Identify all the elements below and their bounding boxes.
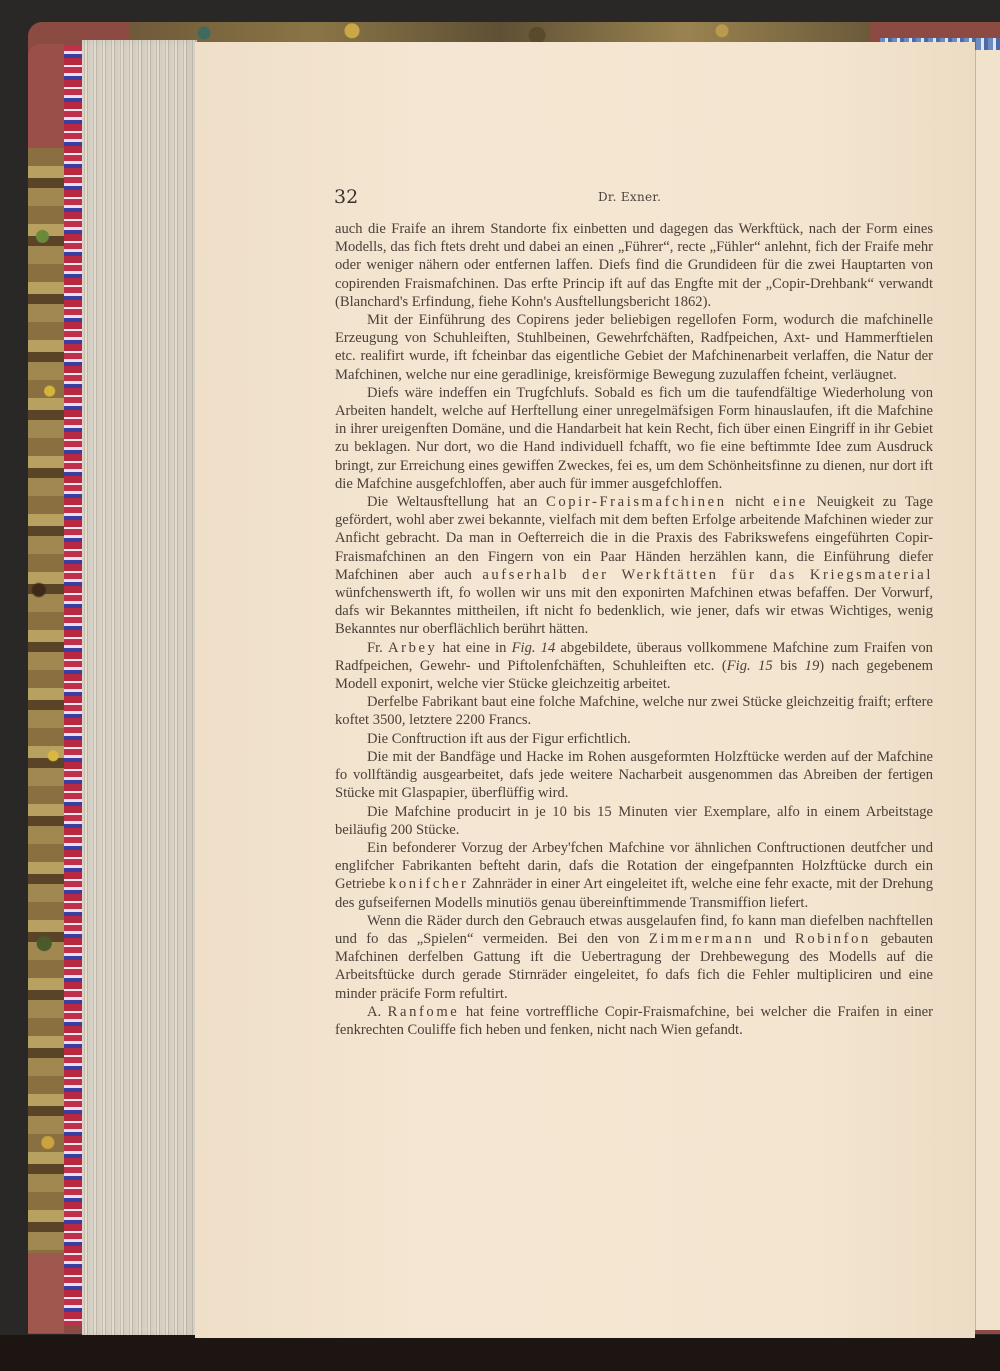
paragraph: Die Weltausftellung hat an Copir-Fraisma… — [335, 493, 933, 639]
text-run: Die Weltausftellung hat an — [367, 494, 546, 510]
marbled-cover-side — [28, 148, 64, 1253]
paragraph: Derfelbe Fabrikant baut eine folche Mafc… — [335, 693, 933, 729]
emphasis-spaced: eine — [773, 494, 808, 510]
background-shadow — [0, 1335, 1000, 1371]
emphasis-spaced: aufserhalb der Werkftätten für das Krieg… — [482, 567, 933, 583]
paragraph: Mit der Einführung des Copirens jeder be… — [335, 311, 933, 384]
paragraph: Diefs wäre indeffen ein Trugfchlufs. Sob… — [335, 384, 933, 493]
facing-page-edge — [975, 50, 1000, 1330]
figure-reference: 19 — [805, 658, 820, 674]
body-text: auch die Fraife an ihrem Standorte fix e… — [335, 220, 933, 1039]
paragraph: Wenn die Räder durch den Gebrauch etwas … — [335, 912, 933, 1003]
text-run: bis — [773, 658, 805, 674]
emphasis-spaced: Copir-Fraismafchinen — [546, 494, 727, 510]
page-header: 32 Dr. Exner. — [334, 186, 934, 210]
cover-corner — [28, 44, 64, 148]
text-run: nicht — [727, 494, 773, 510]
paragraph: auch die Fraife an ihrem Standorte fix e… — [335, 220, 933, 311]
paragraph: A. Ranfome hat feine vortreffliche Copir… — [335, 1003, 933, 1039]
emphasis-spaced: Robinfon — [795, 931, 871, 947]
cover-corner-bottom — [28, 1253, 64, 1333]
text-run: Fr. — [367, 640, 388, 656]
emphasis-spaced: Ranfome — [388, 1004, 460, 1020]
text-run: hat eine in — [437, 640, 511, 656]
text-run: wünfchenswerth ift, fo wollen wir uns mi… — [335, 585, 933, 637]
text-run: A. — [367, 1004, 388, 1020]
paragraph: Die mit der Bandfäge und Hacke im Rohen … — [335, 748, 933, 803]
paragraph: Fr. Arbey hat eine in Fig. 14 abgebildet… — [335, 639, 933, 694]
paragraph: Ein befonderer Vorzug der Arbey'fchen Ma… — [335, 839, 933, 912]
figure-reference: Fig. 15 — [727, 658, 773, 674]
emphasis-spaced: Arbey — [388, 640, 437, 656]
paragraph: Die Conftruction ift aus der Figur erfic… — [335, 730, 933, 748]
running-head: Dr. Exner. — [598, 190, 661, 204]
page-edges — [82, 40, 197, 1336]
marbled-endpaper — [64, 45, 84, 1325]
text-run: und — [754, 931, 795, 947]
emphasis-spaced: Zimmermann — [649, 931, 754, 947]
page-number: 32 — [334, 186, 358, 208]
figure-reference: Fig. 14 — [512, 640, 556, 656]
paragraph: Die Mafchine producirt in je 10 bis 15 M… — [335, 803, 933, 839]
emphasis-spaced: konifcher — [389, 876, 468, 892]
marbled-cover-top — [130, 22, 870, 44]
